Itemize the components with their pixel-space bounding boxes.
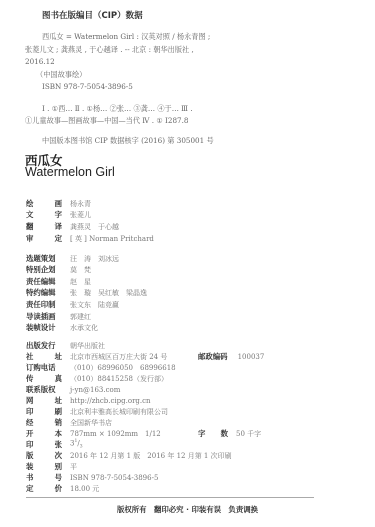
- editor-label: 装帧设计: [26, 322, 62, 333]
- binding-row: 装别 平: [26, 461, 77, 472]
- publisher-row: 出版发行 朝华出版社: [26, 340, 105, 351]
- editor-value: 赵 星: [70, 277, 91, 287]
- format-value: 787mm × 1092mm 1/12: [70, 429, 161, 439]
- word-count-value: 50 千字: [236, 429, 261, 439]
- editor-value: 水承文化: [70, 323, 98, 333]
- distributor-label: 经销: [26, 417, 62, 428]
- binding-value: 平: [70, 462, 77, 472]
- address-row: 社址 北京市西城区百万庄大街 24 号 邮政编码 100037: [26, 351, 356, 362]
- cip-line: 西瓜女 = Watermelon Girl : 汉英对照 / 杨永青图 ;: [42, 32, 210, 42]
- copyright-footer: 版权所有 翻印必究 · 印装有误 负责调换: [0, 504, 375, 515]
- editor-value: 汪 涛 刘冰远: [70, 254, 119, 264]
- editor-row: 导读插画 郭建红: [26, 311, 91, 322]
- credit-label: 翻译: [26, 221, 62, 232]
- printer-value: 北京利丰雅高长城印刷有限公司: [70, 407, 168, 417]
- credit-row-illustration: 绘画 杨永青: [26, 198, 91, 209]
- editor-label: 责任印制: [26, 299, 62, 310]
- fax-row: 传真 （010）88415258（发行部）: [26, 373, 168, 384]
- editor-value: 张文东 陆竞赢: [70, 300, 119, 310]
- isbn-label: 书号: [26, 472, 62, 483]
- distributor-row: 经销 全国新华书店: [26, 417, 112, 428]
- edition-row: 版次 2016 年 12 月第 1 版 2016 年 12 月第 1 次印刷: [26, 450, 232, 461]
- cip-classification: ①儿童故事—图画故事—中国—当代 Ⅳ . ① I287.8: [25, 116, 188, 126]
- copyright-contact-row: 联系版权 j-yn@163.com: [26, 384, 120, 395]
- price-value: 18.00 元: [70, 484, 99, 494]
- credit-label: 绘画: [26, 198, 62, 209]
- editor-row: 装帧设计 水承文化: [26, 322, 98, 333]
- format-row: 开本 787mm × 1092mm 1/12 字数 50 千字: [26, 428, 356, 439]
- editor-label: 责任编辑: [26, 276, 62, 287]
- credit-label: 文字: [26, 209, 62, 220]
- editor-row: 选题策划 汪 涛 刘冰远: [26, 253, 119, 264]
- isbn-row: 书号 ISBN 978-7-5054-3896-5: [26, 472, 158, 483]
- price-row: 定价 18.00 元: [26, 483, 99, 494]
- credit-label: 审定: [26, 233, 62, 244]
- address-value: 北京市西城区百万庄大街 24 号: [70, 352, 167, 362]
- cip-line: 张菱儿文 ; 龚燕灵 , 于心越译 . -- 北京 : 朝华出版社 ,: [25, 45, 194, 55]
- word-count: 字数 50 千字: [198, 428, 261, 439]
- postal-code: 邮政编码 100037: [198, 351, 264, 362]
- order-phone-value: （010）68996050 68996618: [70, 363, 176, 373]
- editor-row: 责任印制 张文东 陆竞赢: [26, 299, 119, 310]
- word-count-label: 字数: [198, 428, 228, 439]
- cip-verification: 中国版本图书馆 CIP 数据核字 (2016) 第 305001 号: [42, 136, 214, 146]
- editor-label: 导读插画: [26, 311, 62, 322]
- edition-value: 2016 年 12 月第 1 版 2016 年 12 月第 1 次印刷: [70, 451, 232, 461]
- fax-value: （010）88415258（发行部）: [70, 374, 168, 384]
- printer-label: 印刷: [26, 406, 62, 417]
- order-phone-row: 订购电话 （010）68996050 68996618: [26, 362, 176, 373]
- editor-row: 特别企划 莫 梵: [26, 264, 91, 275]
- editor-label: 特约编辑: [26, 287, 62, 298]
- credit-value: 张菱儿: [70, 210, 91, 220]
- credit-row-review: 审定 [ 英 ] Norman Pritchard: [26, 233, 154, 244]
- copyright-email[interactable]: j-yn@163.com: [70, 386, 120, 394]
- editor-row: 责任编辑 赵 星: [26, 276, 91, 287]
- editor-label: 选题策划: [26, 253, 62, 264]
- order-phone-label: 订购电话: [26, 362, 62, 373]
- sheets-label: 印张: [26, 439, 62, 450]
- binding-label: 装别: [26, 461, 62, 472]
- book-title-en: Watermelon Girl: [25, 165, 115, 179]
- credit-row-text: 文字 张菱儿: [26, 209, 91, 220]
- cip-series: （中国故事绘）: [36, 70, 86, 80]
- divider: [26, 497, 314, 498]
- sheets-value: 31/3: [70, 439, 83, 450]
- website-label: 网址: [26, 395, 62, 406]
- editor-value: 郭建红: [70, 312, 91, 322]
- cip-title: 图书在版编目（CIP）数据: [42, 9, 143, 21]
- cip-line: 2016.12: [25, 57, 55, 66]
- credit-value: [ 英 ] Norman Pritchard: [70, 234, 154, 244]
- website-link[interactable]: http://zhcb.cipg.org.cn: [70, 397, 151, 405]
- editor-label: 特别企划: [26, 264, 62, 275]
- publisher-label: 出版发行: [26, 340, 62, 351]
- credit-row-translation: 翻译 龚燕灵 于心越: [26, 221, 119, 232]
- cip-isbn: ISBN 978-7-5054-3896-5: [42, 82, 133, 91]
- printer-row: 印刷 北京利丰雅高长城印刷有限公司: [26, 406, 168, 417]
- website-row: 网址 http://zhcb.cipg.org.cn: [26, 395, 151, 406]
- editor-row: 特约编辑 张 璇 吴红敏 梁晶逸: [26, 287, 147, 298]
- editor-value: 莫 梵: [70, 265, 91, 275]
- postal-value: 100037: [238, 353, 265, 361]
- postal-label: 邮政编码: [198, 351, 228, 362]
- price-label: 定价: [26, 483, 62, 494]
- isbn-value: ISBN 978-7-5054-3896-5: [70, 474, 158, 482]
- sheets-row: 印张 31/3: [26, 439, 83, 450]
- copyright-contact-label: 联系版权: [26, 384, 62, 395]
- editor-value: 张 璇 吴红敏 梁晶逸: [70, 288, 147, 298]
- cip-classification: Ⅰ . ①西… Ⅱ . ①杨… ②张… ③龚… ④于… Ⅲ .: [42, 104, 193, 114]
- credit-value: 龚燕灵 于心越: [70, 222, 119, 232]
- edition-label: 版次: [26, 450, 62, 461]
- format-label: 开本: [26, 428, 62, 439]
- address-label: 社址: [26, 351, 62, 362]
- fax-label: 传真: [26, 373, 62, 384]
- publisher-value: 朝华出版社: [70, 341, 105, 351]
- distributor-value: 全国新华书店: [70, 418, 112, 428]
- credit-value: 杨永青: [70, 199, 91, 209]
